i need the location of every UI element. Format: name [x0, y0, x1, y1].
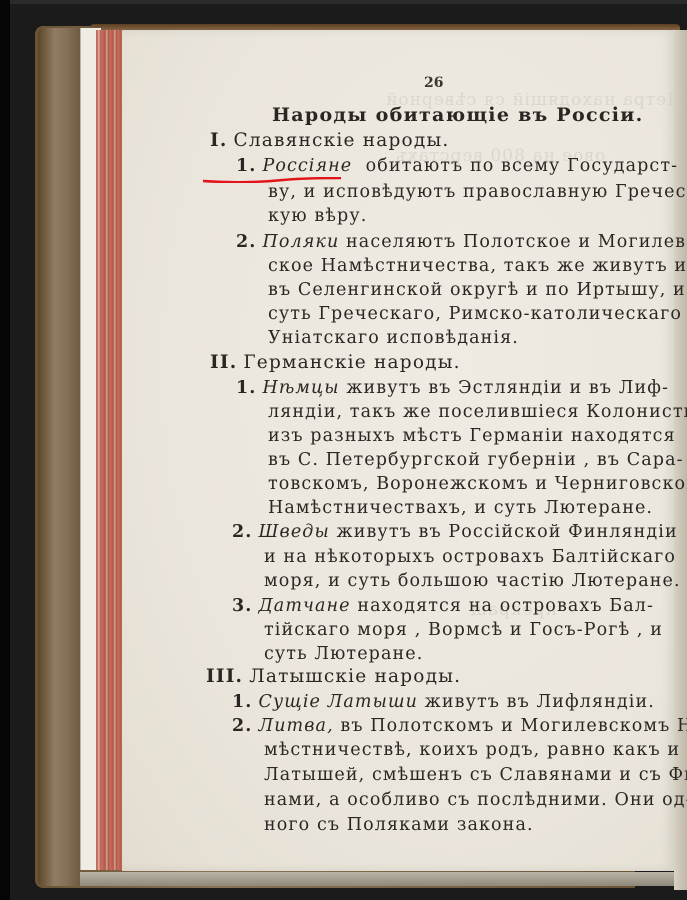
people-name: Шведы	[258, 522, 329, 542]
section-title: Латышскіе народы.	[249, 666, 461, 687]
list-item: 2.Литва, въ Полотскомъ и Могилевскомъ На…	[232, 716, 687, 736]
book-cover-spine	[38, 28, 80, 886]
section-heading: III.Латышскіе народы.	[206, 666, 461, 687]
section-heading: I.Славянскіе народы.	[210, 130, 449, 151]
item-text: въ Селенгинской округѣ и по Иртышу, и	[268, 280, 686, 300]
item-number: 2.	[232, 522, 252, 542]
item-text: моря, и суть большою частію Лютеране.	[264, 571, 681, 591]
viewer-top-bar	[0, 0, 687, 4]
item-text: находятся на островахъ Бал-	[357, 596, 654, 616]
item-text: въ С. Петербургской губерніи , въ Сара-	[268, 450, 684, 470]
item-text: живутъ въ Лифляндіи.	[425, 692, 655, 712]
item-number: 1.	[236, 378, 256, 398]
item-text: въ Полотскомъ и Могилевскомъ На-	[340, 716, 687, 736]
page-title: Народы обитающіе въ Россіи.	[272, 104, 644, 126]
item-text: тійскаго моря , Вормсѣ и Госъ-Рогѣ , и	[264, 620, 663, 640]
red-page-edges	[96, 30, 122, 870]
section-numeral: II.	[210, 352, 237, 373]
list-item: 1.Сущіе Латыши живутъ въ Лифляндіи.	[232, 692, 655, 712]
item-text: суть Лютеране.	[264, 644, 423, 664]
section-title: Славянскіе народы.	[234, 130, 450, 151]
people-name: Литва,	[258, 716, 333, 736]
item-text: ву, и исповѣдуютъ православную Гречес-	[268, 182, 687, 202]
item-number: 1.	[236, 156, 256, 176]
people-name: Нѣмцы	[262, 378, 339, 398]
item-number: 1.	[232, 692, 252, 712]
list-item: 3.Датчане находятся на островахъ Бал-	[232, 596, 654, 616]
page-number: 26	[424, 75, 443, 91]
people-name: Датчане	[258, 596, 350, 616]
people-name: Поляки	[262, 232, 339, 252]
item-text: живутъ въ Эстляндіи и въ Лиф-	[346, 378, 669, 398]
item-text: мѣстничествѣ, коихъ родъ, равно какъ и	[264, 740, 680, 760]
book-bottom-edge	[80, 872, 680, 886]
list-item: 2.Поляки населяютъ Полотское и Могилев-	[236, 232, 687, 252]
people-name: Сущіе Латыши	[258, 692, 418, 712]
item-text: и на нѣкоторыхъ островахъ Балтійскаго	[264, 547, 676, 567]
item-number: 3.	[232, 596, 252, 616]
section-numeral: III.	[206, 666, 243, 687]
item-text: Латышей, смѣшенъ съ Славянами и съ Фи-	[264, 765, 687, 785]
list-item: 1.Россіяне обитаютъ по всему Государст-	[236, 156, 678, 176]
list-item: 1.Нѣмцы живутъ въ Эстляндіи и въ Лиф-	[236, 378, 669, 398]
item-text: Уніатскаго исповѣданія.	[268, 328, 519, 348]
item-text: ское Намѣстничества, такъ же живутъ и	[268, 256, 687, 276]
item-text: ляндіи, такъ же поселившіеся Колонисты	[268, 402, 687, 422]
item-text: обитаютъ по всему Государст-	[366, 156, 679, 176]
list-item: 2.Шведы живутъ въ Россійской Финляндіи	[232, 522, 678, 542]
section-numeral: I.	[210, 130, 228, 151]
item-text: живутъ въ Россійской Финляндіи	[337, 522, 678, 542]
people-name: Россіяне	[262, 156, 352, 176]
item-text: изъ разныхъ мѣстъ Германіи находятся	[268, 426, 676, 446]
item-number: 2.	[236, 232, 256, 252]
section-heading: II.Германскіе народы.	[210, 352, 461, 373]
item-text: товскомъ, Воронежскомъ и Черниговскомъ	[268, 474, 687, 494]
item-number: 2.	[232, 716, 252, 736]
item-text: населяютъ Полотское и Могилев-	[346, 232, 687, 252]
item-text: ного съ Поляками закона.	[264, 815, 534, 835]
section-title: Германскіе народы.	[243, 352, 460, 373]
item-text: кую вѣру.	[268, 206, 367, 226]
viewer-left-bar	[0, 0, 10, 900]
item-text: суть Греческаго, Римско-католическаго и	[268, 304, 687, 324]
item-text: Намѣстничествахъ, и суть Лютеране.	[268, 498, 653, 518]
item-text: нами, а особливо съ послѣдними. Они од-	[264, 790, 687, 810]
